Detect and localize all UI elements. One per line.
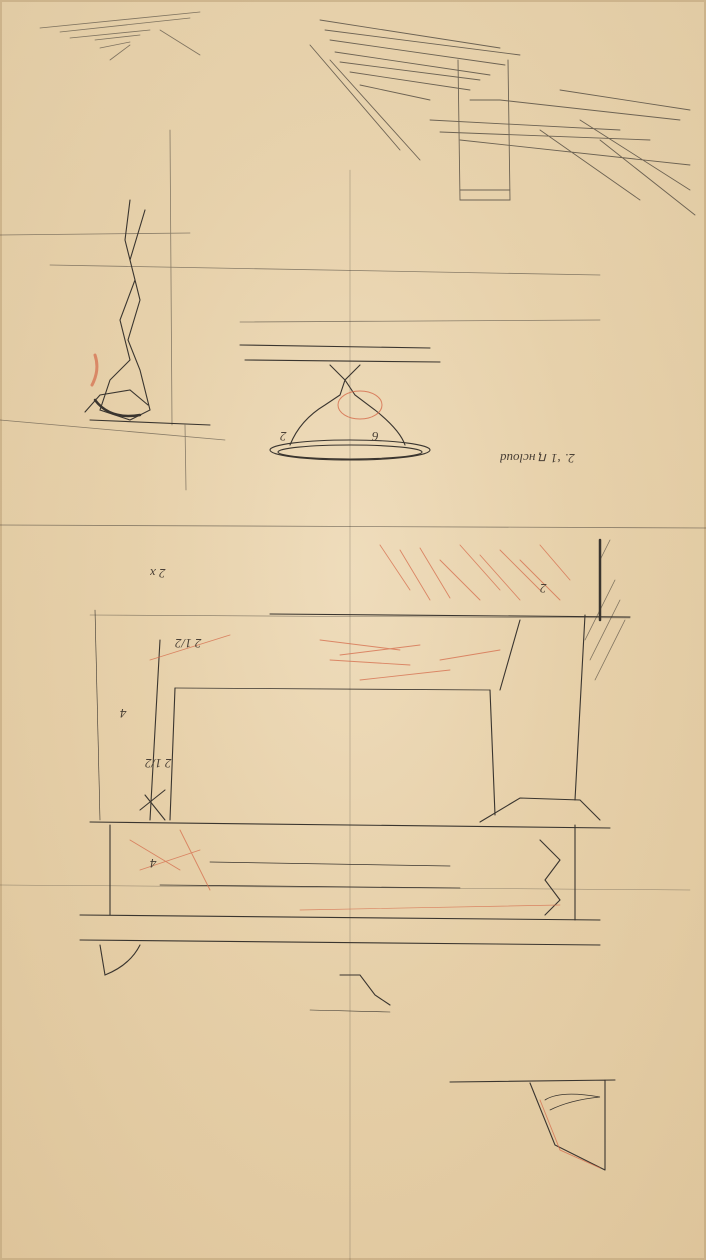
- mantel-sketch: [0, 540, 690, 1170]
- right-column-hatching: [585, 540, 625, 680]
- numeral-dome-right: 6: [372, 428, 379, 444]
- numeral-lower-left: 4: [150, 855, 157, 871]
- numeral-upper-right: 2: [540, 580, 547, 596]
- top-left-hatching: [40, 12, 200, 60]
- numeral-left-inner: 2 1/2: [145, 755, 171, 771]
- dome-sketch: [240, 345, 440, 460]
- numeral-left-side: 4: [120, 705, 127, 721]
- numeral-upper-left-b: 2 1/2: [175, 635, 201, 651]
- numeral-upper-left-a: 2 x: [150, 565, 166, 581]
- drawing-canvas: [0, 0, 706, 1260]
- numeral-dome-left: 2: [280, 428, 287, 444]
- inscription-right: 2. ʻ1 ԥ ʜcloud: [500, 450, 575, 466]
- top-right-hatching: [310, 20, 695, 215]
- sketch-sheet: 2. ʻ1 ԥ ʜcloud 2 x 2 1/2 4 2 1/2 2 4 6 2: [0, 0, 706, 1260]
